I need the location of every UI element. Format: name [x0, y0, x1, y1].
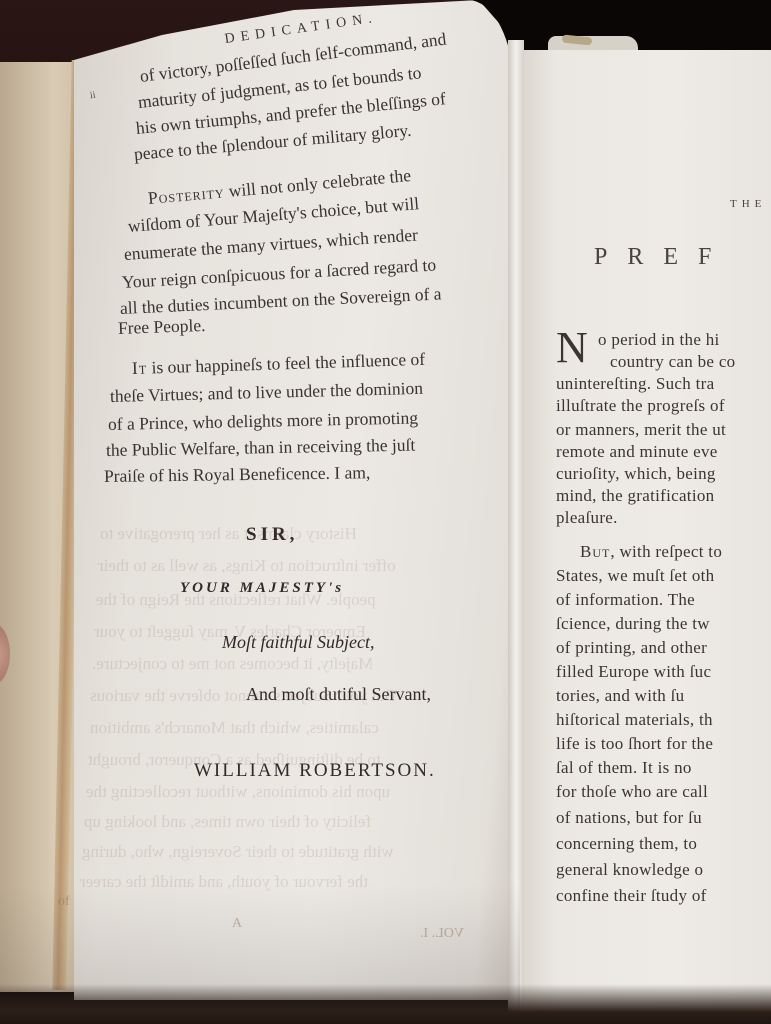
book-gutter	[508, 40, 524, 1020]
text-line: confine their ſtudy of	[556, 886, 707, 906]
text-line: unintereſting. Such tra	[556, 374, 714, 394]
drop-cap: N	[556, 326, 588, 370]
bleed-catchword: of	[58, 894, 70, 910]
text-line: ſcience, during the tw	[556, 614, 710, 634]
text-line: pleaſure.	[556, 508, 618, 528]
bleed-line: Majeſty, it becomes not me to conjecture…	[92, 654, 373, 674]
salutation: SIR,	[246, 524, 298, 546]
ghost-signature-mark: A	[232, 916, 242, 932]
text-line: for thoſe who are call	[556, 782, 708, 802]
small-caps-lead: But	[580, 542, 610, 561]
ghost-volume-mark: VOL. I.	[420, 926, 464, 942]
text-line: or manners, merit the ut	[556, 420, 726, 440]
right-running-head: THE	[730, 198, 766, 210]
faithful-subject-line: Moſt faithful Subject,	[222, 632, 374, 653]
book-photo: History claims it as her prerogative to …	[0, 0, 771, 1024]
page-mark: ii	[89, 90, 96, 102]
text-line: curioſity, which, being	[556, 464, 716, 484]
text-line: country can be co	[610, 352, 735, 372]
text-line: o period in the hi	[598, 330, 720, 350]
text-line: remote and minute eve	[556, 442, 718, 462]
text-line: concerning them, to	[556, 834, 697, 854]
text-line: hiſtorical materials, th	[556, 710, 713, 730]
bleed-line: History claims it as her prerogative to	[100, 524, 357, 544]
bleed-line: offer inſtruction to Kings, as well as t…	[98, 556, 396, 576]
preface-title: PREF	[594, 244, 731, 271]
text-line: Free People.	[118, 315, 206, 339]
your-majesty-line: YOUR MAJESTY's	[180, 580, 344, 597]
text-line: States, we muſt ſet oth	[556, 566, 714, 586]
bleed-line: with gratitude to their Sovereign, who, …	[82, 842, 394, 862]
text-line: life is too ſhort for the	[556, 734, 713, 754]
author-signature: WILLIAM ROBERTSON.	[194, 760, 436, 782]
table-edge-shadow	[0, 984, 771, 1024]
text-line: mind, the gratification	[556, 486, 714, 506]
text-line: of nations, but for ſu	[556, 808, 702, 828]
text-line: ſal of them. It is no	[556, 758, 692, 778]
bleed-line: the fervour of youth, and amidſt the car…	[80, 872, 368, 892]
text-line: filled Europe with ſuc	[556, 662, 711, 682]
text-line: of printing, and other	[556, 638, 707, 658]
dutiful-servant-line: And moſt dutiful Servant,	[246, 684, 431, 705]
bleed-line: felicity of their own times, and looking…	[84, 812, 371, 832]
bleed-line: upon his dominions, without recollecting…	[86, 782, 390, 802]
small-caps-lead: It	[132, 358, 148, 378]
text-line: of information. The	[556, 590, 695, 610]
text-line: general knowledge o	[556, 860, 703, 880]
bleed-line: calamities, which that Monarch's ambitio…	[90, 718, 379, 738]
text-line: But, with reſpect to	[580, 542, 722, 562]
text-span: , with reſpect to	[610, 542, 722, 561]
text-line: tories, and with ſu	[556, 686, 684, 706]
text-line: Praiſe of his Royal Beneficence. I am,	[104, 462, 371, 487]
text-line: illuſtrate the progreſs of	[556, 396, 725, 416]
